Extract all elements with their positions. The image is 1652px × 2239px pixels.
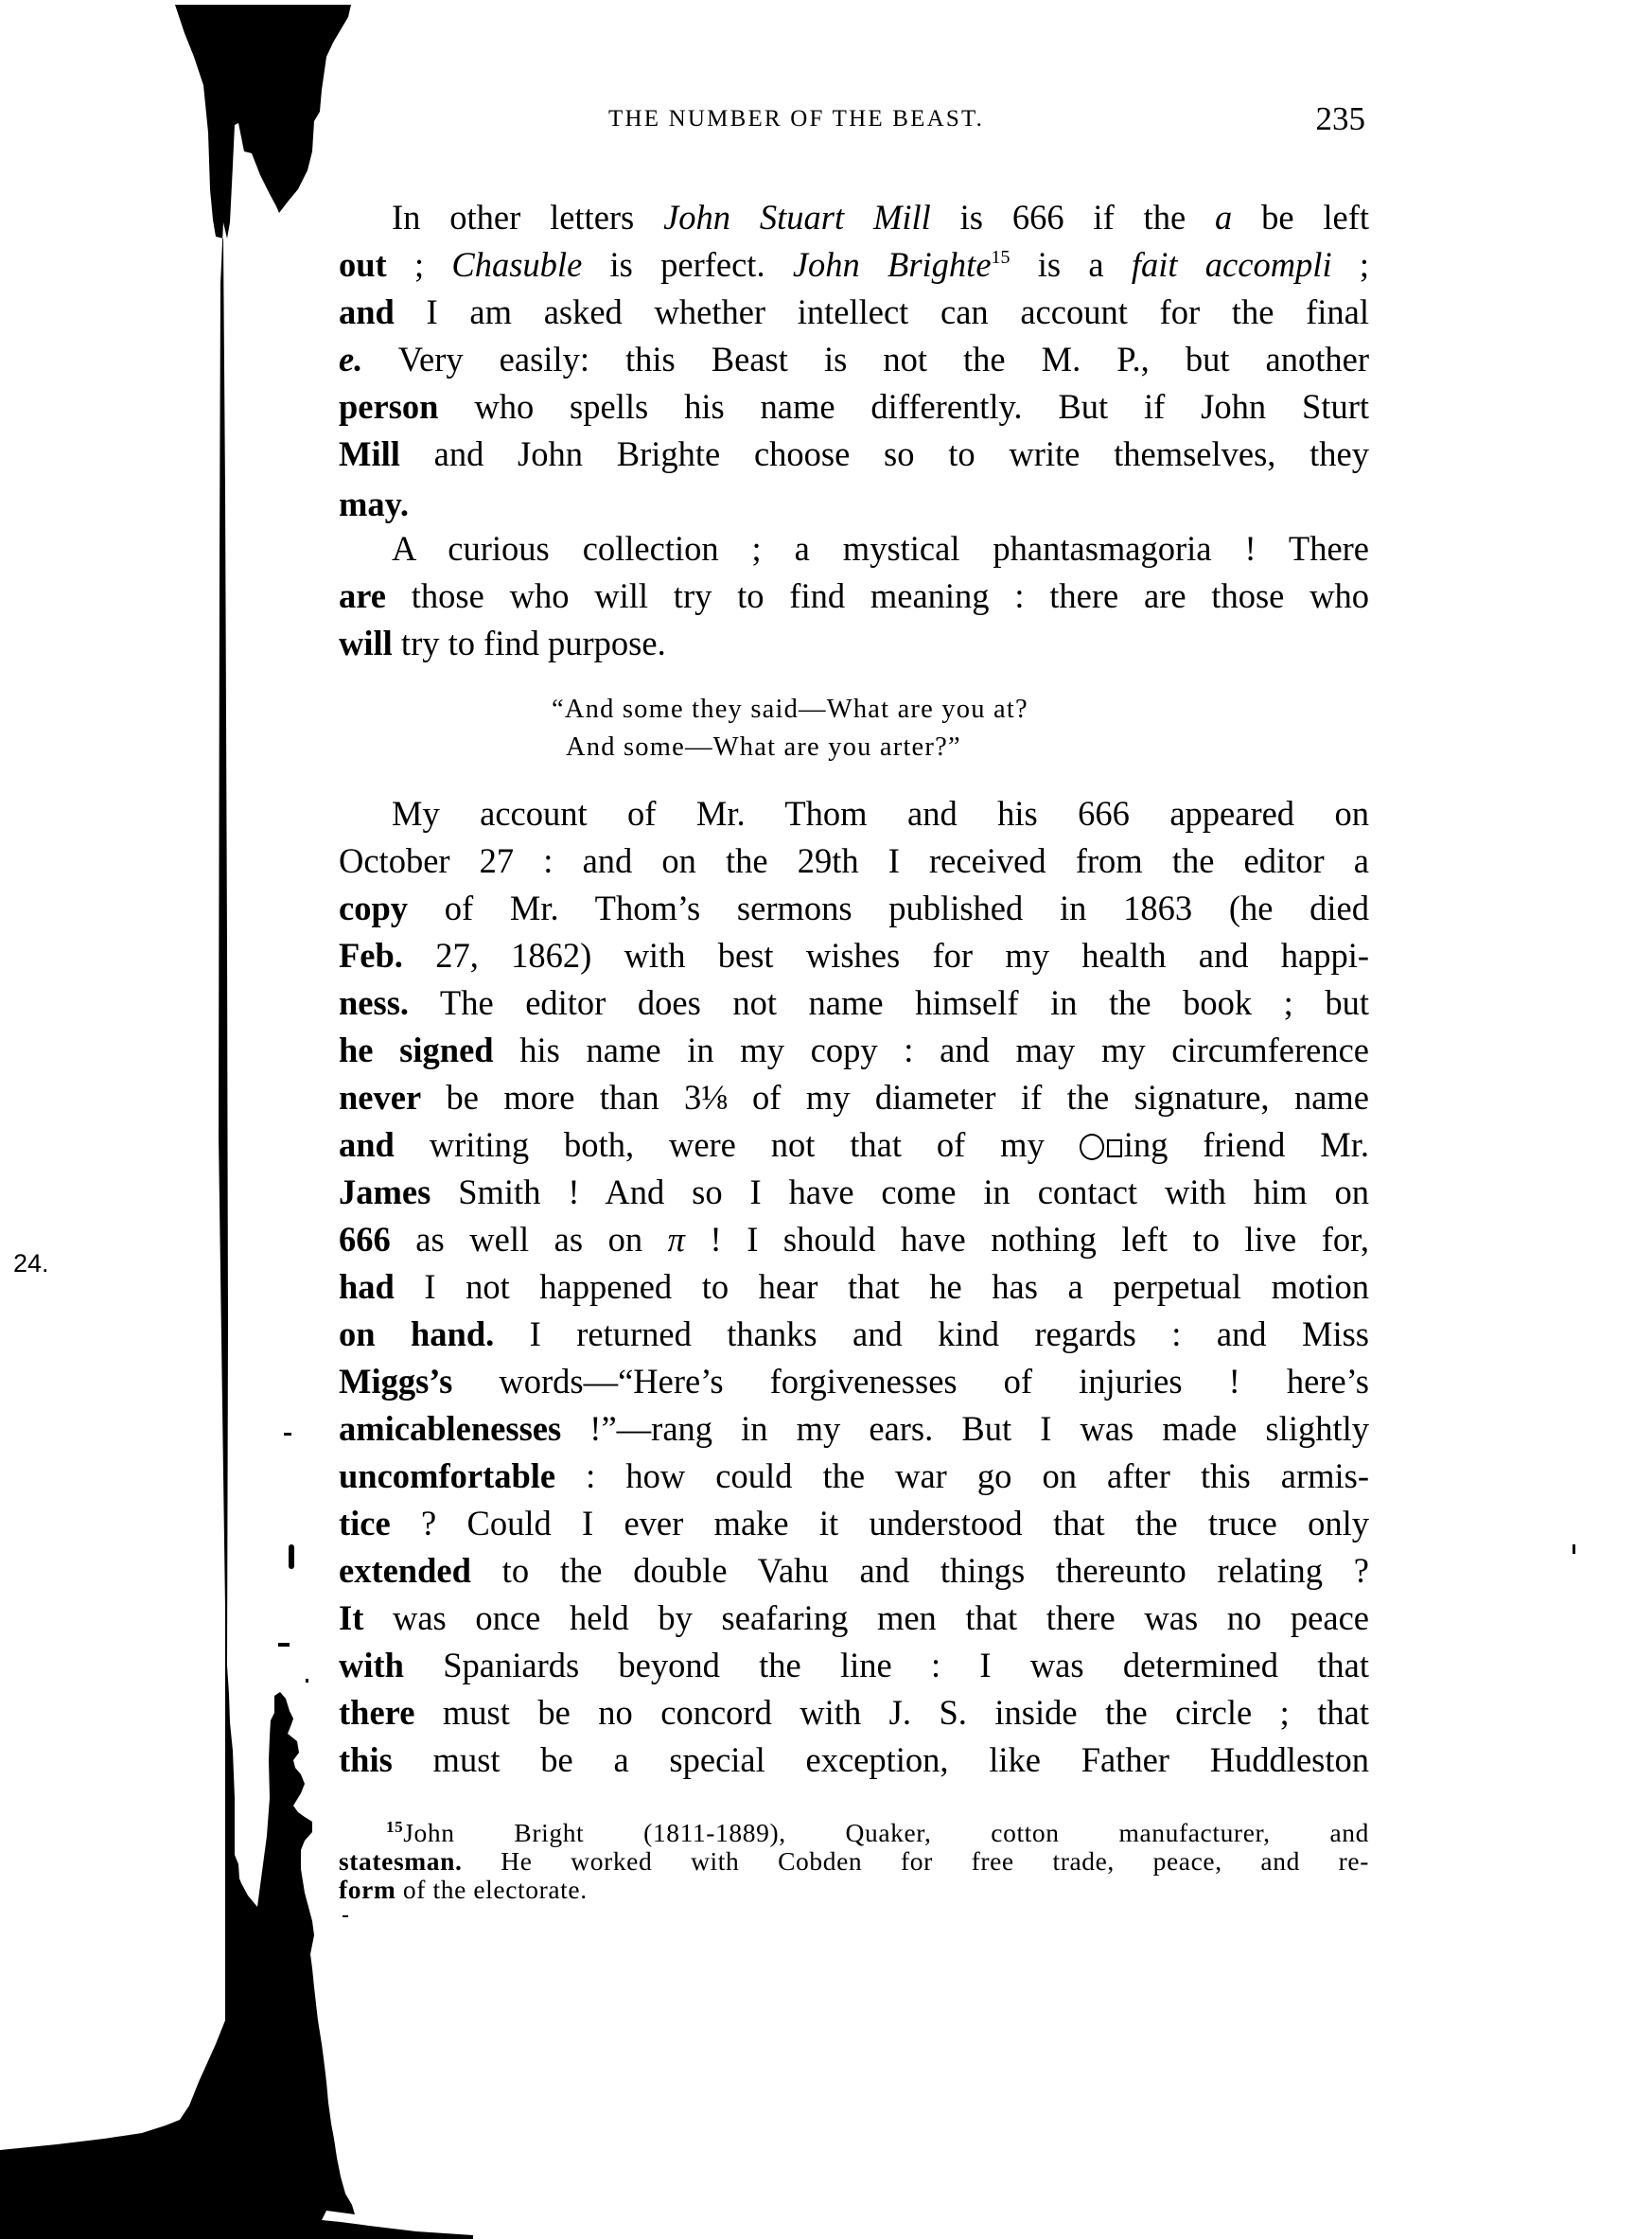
text-line: there must be no concord with J. S. insi… xyxy=(339,1692,1369,1734)
text-line: are those who will try to find meaning :… xyxy=(339,575,1369,617)
text-line: out ; Chasuble is perfect. John Brighte1… xyxy=(339,244,1369,286)
text-line: In other letters John Stuart Mill is 666… xyxy=(339,197,1369,238)
text-line: e. Very easily: this Beast is not the M.… xyxy=(339,339,1369,380)
text-line: person who spells his name differently. … xyxy=(339,386,1369,428)
scan-speck xyxy=(1573,1544,1575,1554)
scan-speck xyxy=(289,1544,294,1569)
text-line: never be more than 3⅛ of my diameter if … xyxy=(339,1077,1369,1119)
margin-note: 24. xyxy=(13,1249,49,1278)
scan-speck xyxy=(343,1915,348,1917)
running-title: THE NUMBER OF THE BEAST. xyxy=(608,106,984,132)
running-header: THE NUMBER OF THE BEAST. 235 xyxy=(339,100,1369,138)
text-line: with Spaniards beyond the line : I was d… xyxy=(339,1645,1369,1686)
text-line: and I am asked whether intellect can acc… xyxy=(339,291,1369,333)
text-line: and writing both, were not that of my in… xyxy=(339,1124,1369,1166)
page-number: 235 xyxy=(1316,100,1366,138)
footnote-line: statesman. He worked with Cobden for fre… xyxy=(339,1847,1369,1876)
square-symbol-icon xyxy=(1107,1139,1122,1157)
text-line: extended to the double Vahu and things t… xyxy=(339,1550,1369,1592)
scan-speck xyxy=(306,1679,308,1683)
text-line: this must be a special exception, like F… xyxy=(339,1739,1369,1781)
text-line: 666 as well as on π ! I should have noth… xyxy=(339,1219,1369,1261)
scan-speck xyxy=(284,1433,291,1436)
quote-line: And some—What are you arter?” xyxy=(566,731,961,765)
text-line: It was once held by seafaring men that t… xyxy=(339,1597,1369,1639)
pi-symbol: π xyxy=(668,1220,685,1259)
text-line: October 27 : and on the 29th I received … xyxy=(339,840,1369,882)
text-line: will try to find purpose. xyxy=(339,623,1369,664)
text-line: My account of Mr. Thom and his 666 appea… xyxy=(339,793,1369,835)
footnote-line: form of the electorate. xyxy=(339,1876,1369,1904)
text-line: Feb. 27, 1862) with best wishes for my h… xyxy=(339,935,1369,977)
footnote-reference: 15 xyxy=(992,247,1011,268)
text-line: may. xyxy=(339,484,1369,525)
text-line: amicablenesses !”—rang in my ears. But I… xyxy=(339,1408,1369,1450)
scan-speck xyxy=(278,1643,290,1647)
circle-symbol-icon xyxy=(1080,1134,1104,1160)
text-line: uncomfortable : how could the war go on … xyxy=(339,1455,1369,1497)
text-line: on hand. I returned thanks and kind rega… xyxy=(339,1313,1369,1355)
text-line: copy of Mr. Thom’s sermons published in … xyxy=(339,888,1369,929)
text-line: Mill and John Brighte choose so to write… xyxy=(339,433,1369,475)
text-line: James Smith ! And so I have come in cont… xyxy=(339,1172,1369,1213)
text-line: ness. The editor does not name himself i… xyxy=(339,982,1369,1024)
text-line: he signed his name in my copy : and may … xyxy=(339,1030,1369,1071)
text-line: tice ? Could I ever make it understood t… xyxy=(339,1503,1369,1544)
footnote-marker: 15 xyxy=(386,1818,403,1836)
text-line: Miggs’s words—“Here’s forgivenesses of i… xyxy=(339,1361,1369,1402)
text-line: had I not happened to hear that he has a… xyxy=(339,1266,1369,1308)
quote-line: “And some they said—What are you at? xyxy=(552,693,1028,727)
footnote-line: 15John Bright (1811-1889), Quaker, cotto… xyxy=(339,1819,1369,1847)
book-page: THE NUMBER OF THE BEAST. 235 24. In othe… xyxy=(0,0,1652,2239)
text-line: A curious collection ; a mystical phanta… xyxy=(339,528,1369,570)
